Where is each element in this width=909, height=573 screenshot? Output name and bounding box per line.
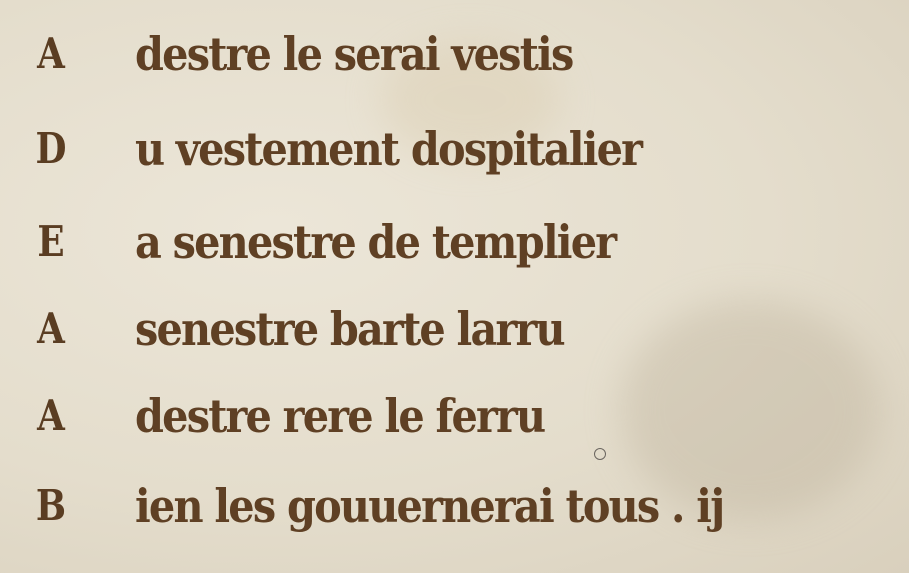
verse-line-3: E a senestre de templier — [0, 210, 909, 274]
prick-mark — [594, 448, 606, 460]
initial-letter: E — [30, 210, 73, 274]
initial-letter: A — [30, 297, 73, 361]
verse-line-2: D u vestement dospitalier — [0, 117, 909, 181]
verse-text: destre rere le ferru — [135, 384, 544, 448]
verse-text: u vestement dospitalier — [135, 117, 641, 181]
initial-letter: A — [30, 384, 73, 448]
verse-text: a senestre de templier — [135, 210, 615, 274]
verse-line-1: A destre le serai vestis — [0, 22, 909, 86]
verse-line-5: A destre rere le ferru — [0, 384, 909, 448]
verse-line-4: A senestre barte larru — [0, 297, 909, 361]
initial-letter: A — [30, 22, 73, 86]
verse-text: senestre barte larru — [135, 297, 564, 361]
verse-text: ien les gouuernerai tous . ij — [135, 474, 723, 538]
initial-letter: D — [30, 117, 73, 181]
initial-letter: B — [30, 474, 73, 538]
verse-line-6: B ien les gouuernerai tous . ij — [0, 474, 909, 538]
verse-text: destre le serai vestis — [135, 22, 572, 86]
